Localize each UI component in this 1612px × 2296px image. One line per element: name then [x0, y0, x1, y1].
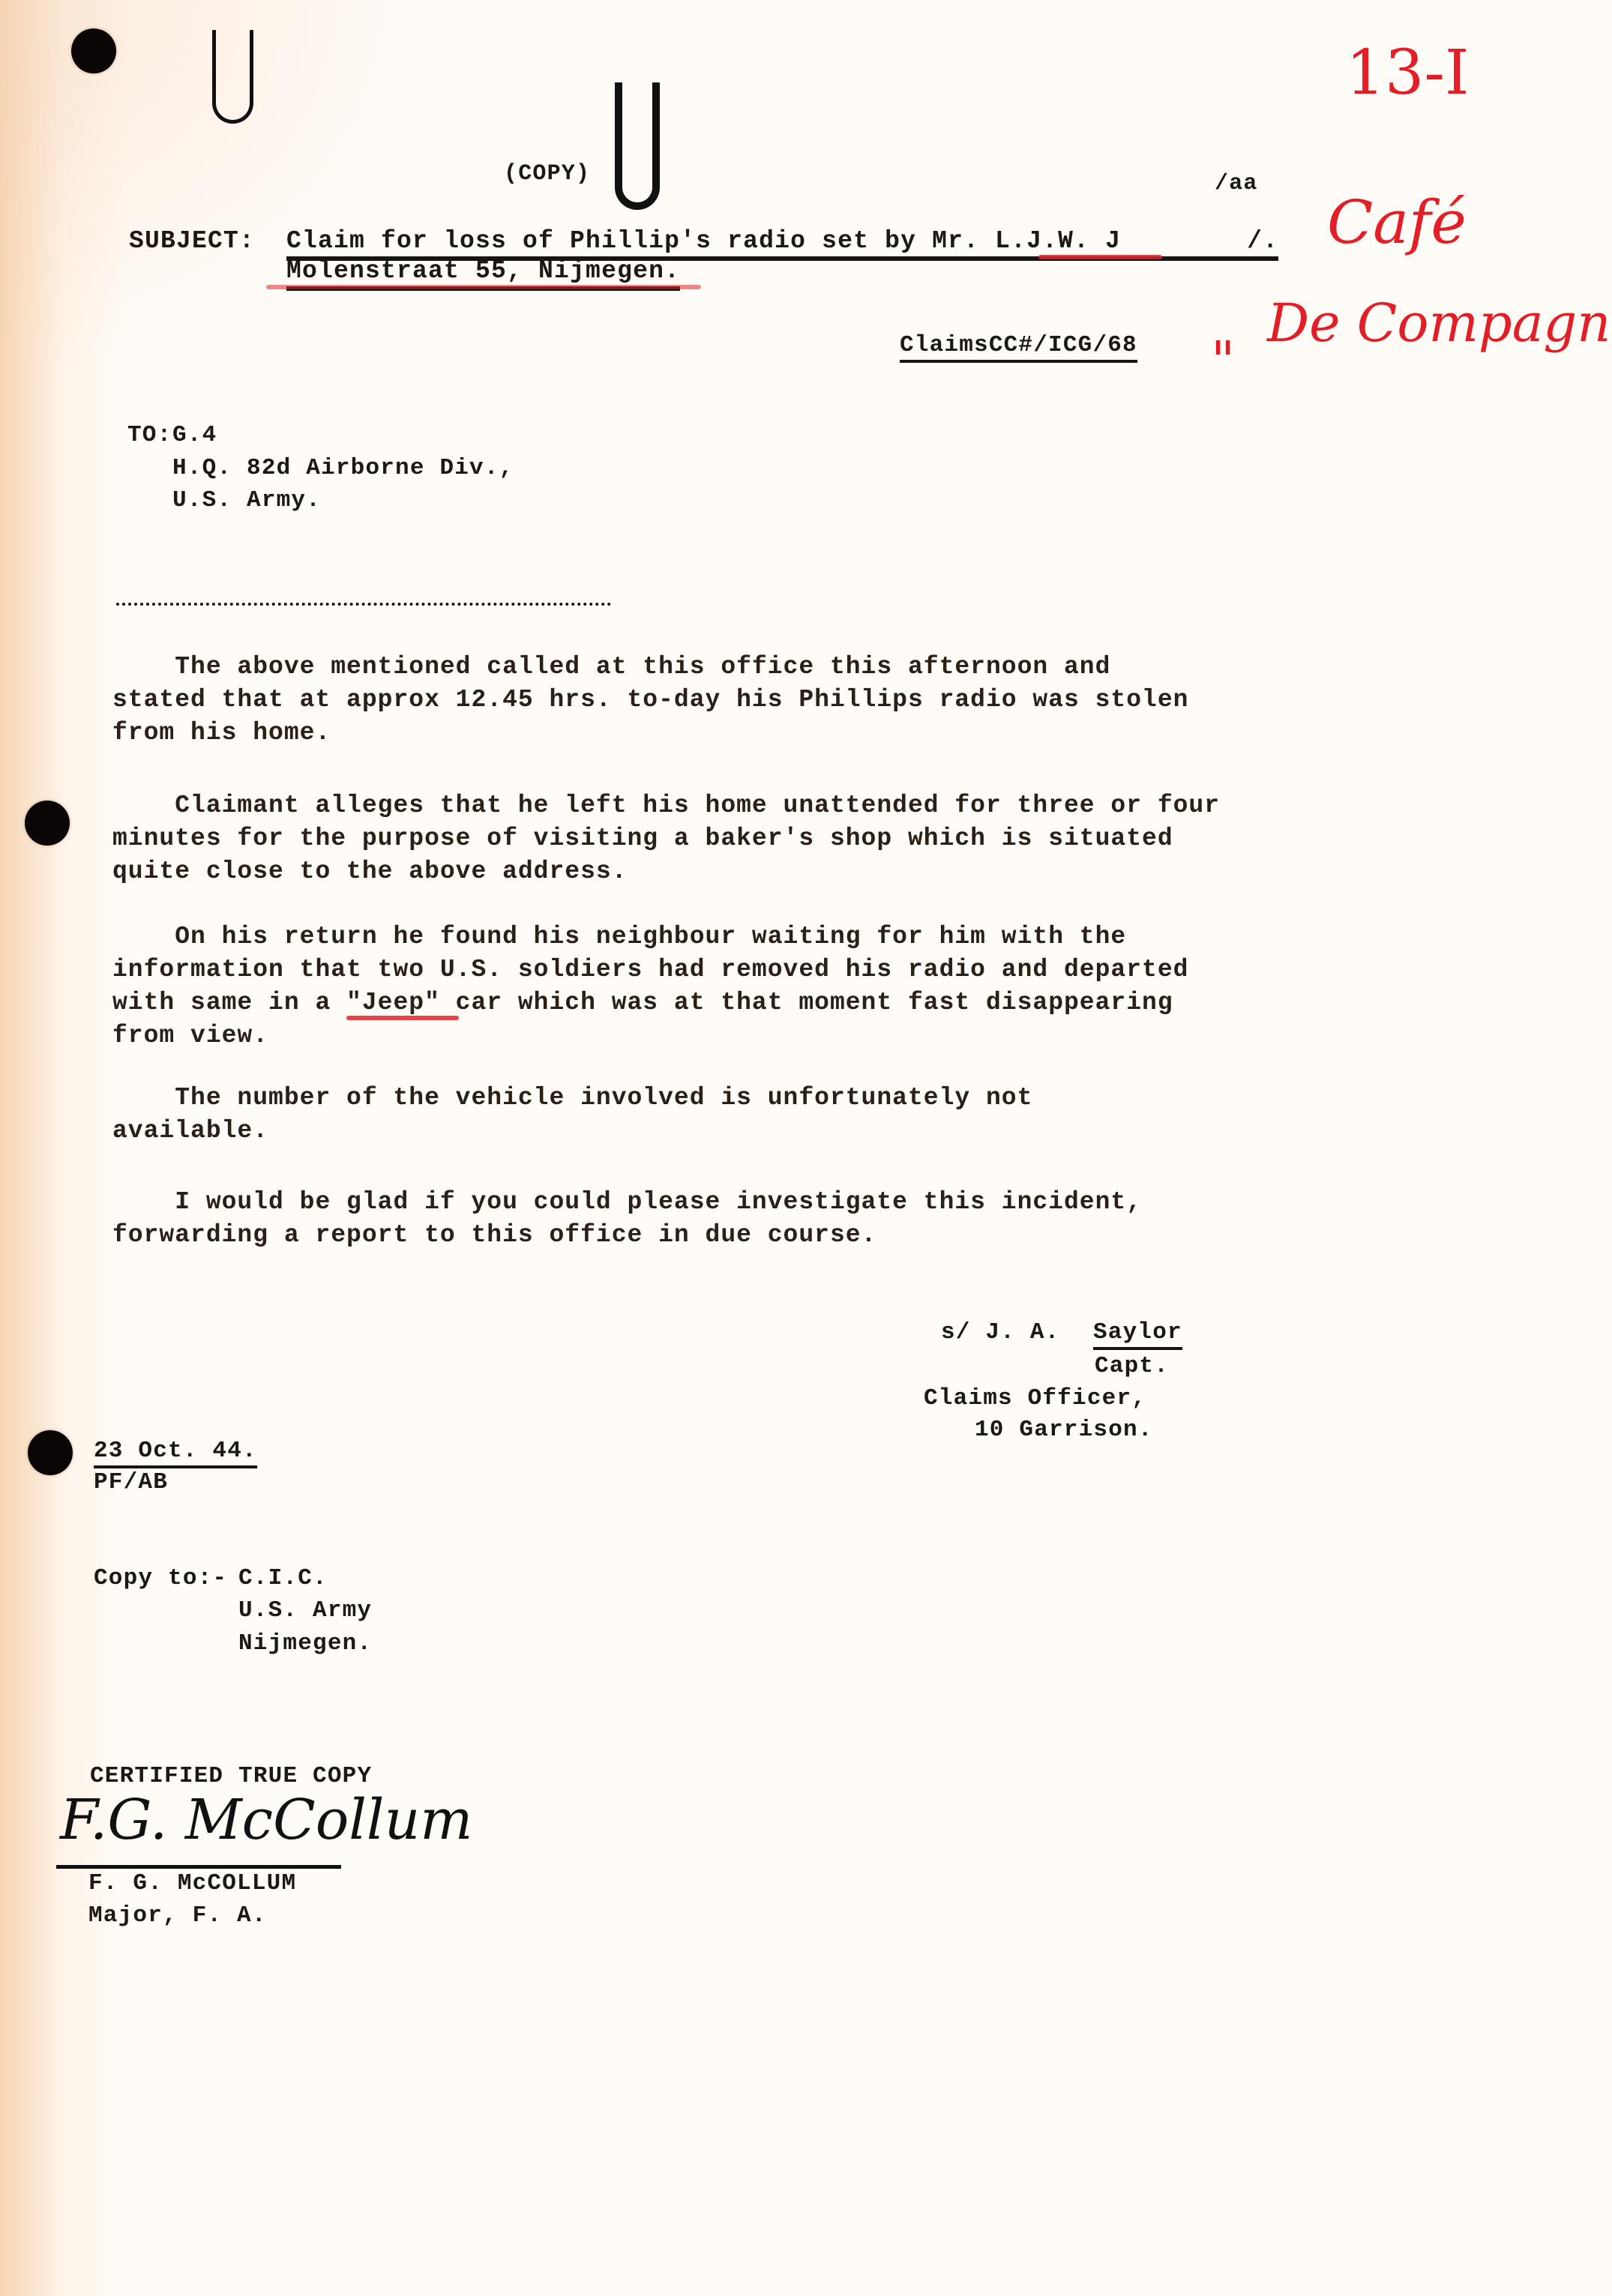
paragraph-4: The number of the vehicle involved is un…: [112, 1082, 1312, 1148]
copy-to-line-1: C.I.C.: [238, 1565, 328, 1591]
to-line-2: H.Q. 82d Airborne Div.,: [172, 455, 514, 481]
paragraph-2: Claimant alleges that he left his home u…: [112, 789, 1312, 888]
certification-label: CERTIFIED TRUE COPY: [90, 1763, 372, 1789]
cafe-annotation: Café: [1327, 187, 1467, 257]
red-underline-address: [266, 285, 701, 289]
copy-label: (COPY): [504, 161, 590, 187]
paragraph-5: I would be glad if you could please inve…: [112, 1186, 1312, 1252]
signer-unit: 10 Garrison.: [975, 1417, 1153, 1443]
file-reference: ClaimsCC#/ICG/68: [900, 332, 1137, 363]
signed-name: Saylor: [1093, 1319, 1182, 1350]
staple-mark-right: [615, 82, 660, 210]
red-underline-name: [1038, 255, 1162, 259]
document-date: 23 Oct. 44.: [94, 1438, 257, 1468]
signer-title: Claims Officer,: [924, 1385, 1146, 1411]
staple-mark-left: [212, 30, 253, 124]
signed-prefix: s/ J. A.: [941, 1319, 1074, 1346]
copy-to-line-3: Nijmegen.: [238, 1630, 372, 1657]
to-label: TO:: [127, 422, 172, 448]
copy-to-label: Copy to:-: [94, 1565, 227, 1591]
signature-underline: [56, 1865, 341, 1869]
to-line-1: G.4: [172, 422, 217, 448]
page-code-annotation: 13-I: [1346, 37, 1469, 109]
red-underline-jeep: [346, 1016, 459, 1020]
punch-hole-middle: [25, 801, 70, 846]
copy-to-line-2: U.S. Army: [238, 1597, 372, 1624]
paragraph-3: On his return he found his neighbour wai…: [112, 920, 1312, 1052]
punch-hole-bottom: [28, 1430, 73, 1475]
subject-label: SUBJECT:: [129, 227, 255, 255]
cafe-name-annotation: De Compagnie: [1267, 292, 1612, 354]
reference-initials: /aa: [1215, 171, 1258, 196]
ditto-mark: ": [1211, 330, 1235, 391]
separator-line: [116, 603, 611, 606]
to-line-3: U.S. Army.: [172, 487, 321, 513]
signer-rank: Capt.: [1095, 1353, 1169, 1379]
certifier-name: F. G. McCOLLUM: [88, 1870, 296, 1896]
handwritten-signature: F.G. McCollum: [60, 1788, 472, 1852]
punch-hole-top: [71, 28, 116, 73]
certifier-rank: Major, F. A.: [88, 1902, 267, 1929]
paragraph-1: The above mentioned called at this offic…: [112, 651, 1312, 750]
typist-initials: PF/AB: [94, 1469, 168, 1495]
